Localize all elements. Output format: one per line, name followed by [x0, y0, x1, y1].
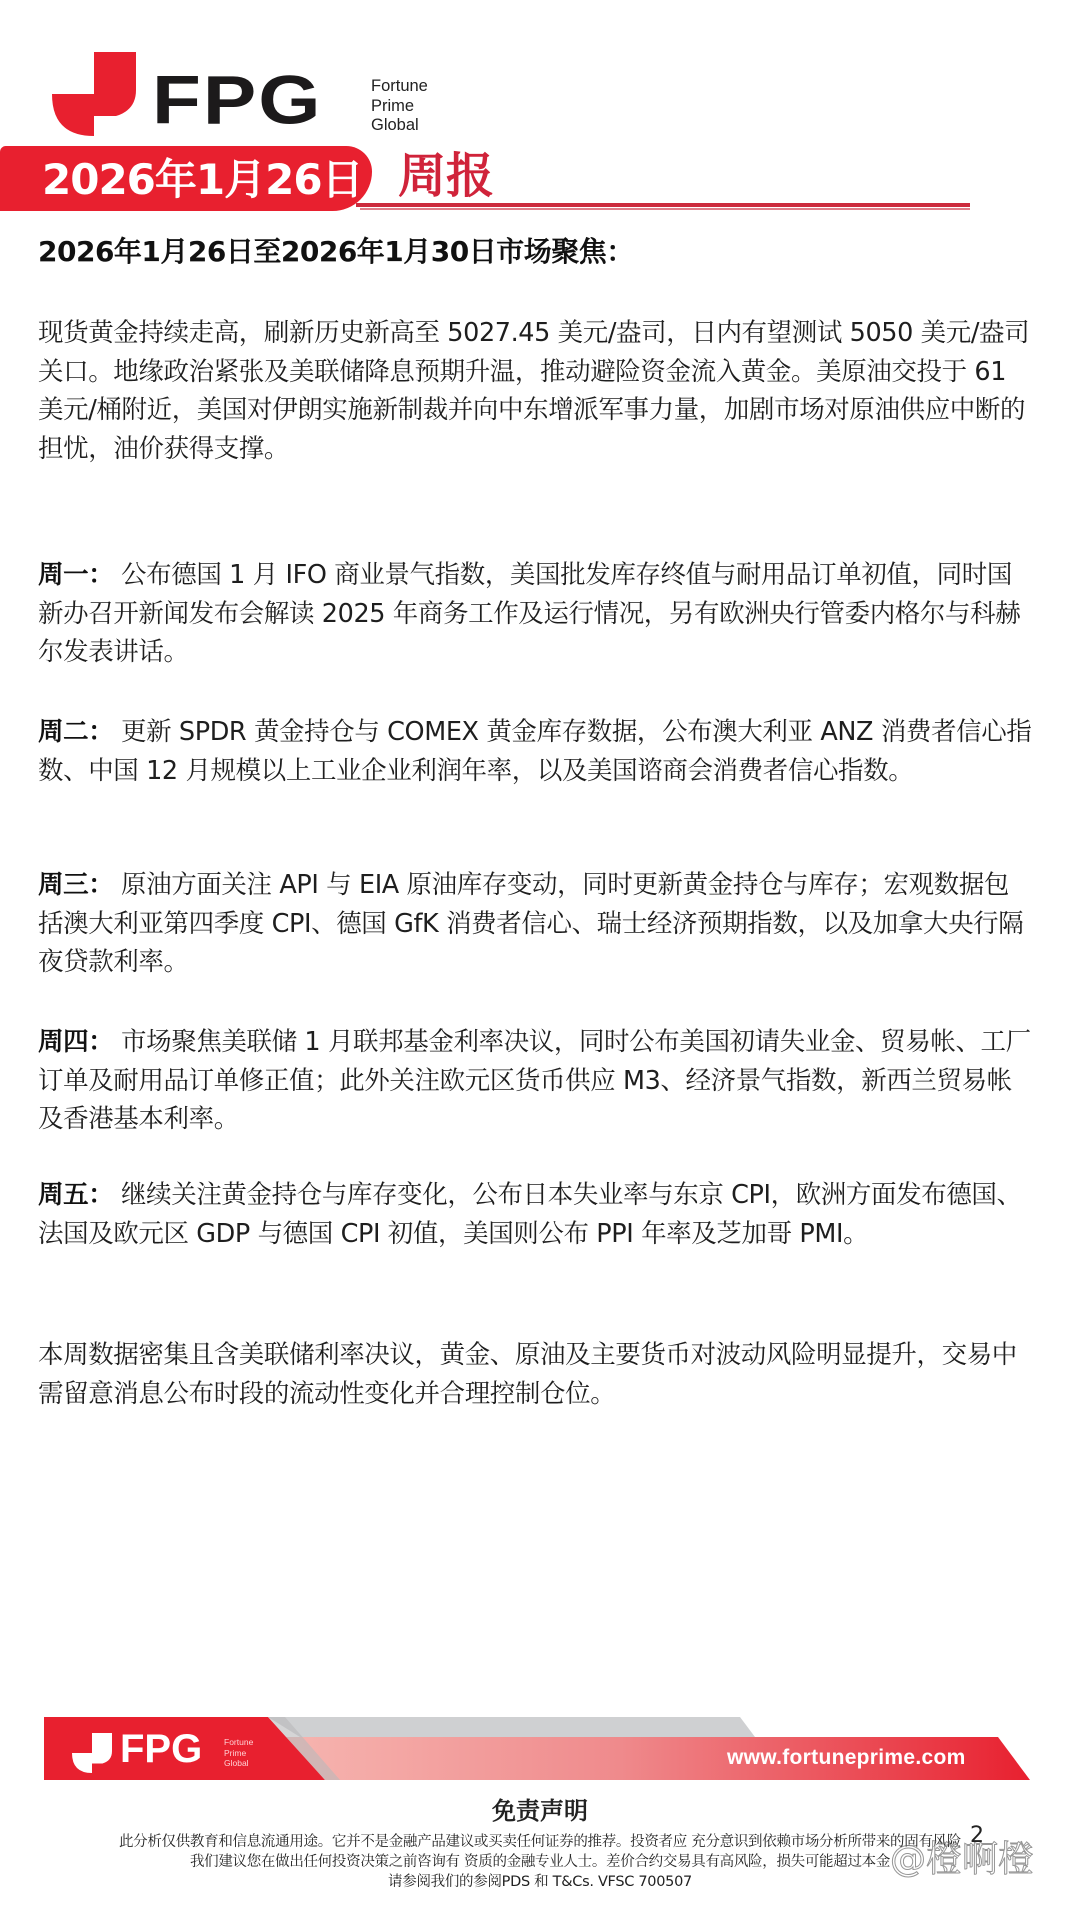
day-text: 继续关注黄金持仓与库存变化，公布日本失业率与东京 CPI，欧洲方面发布德国、法国… — [38, 1180, 1022, 1249]
day-paragraph-tuesday: 周二： 更新 SPDR 黄金持仓与 COMEX 黄金库存数据，公布澳大利亚 AN… — [38, 713, 1033, 790]
day-label: 周三： — [38, 870, 113, 900]
day-text: 原油方面关注 API 与 EIA 原油库存变动，同时更新黄金持仓与库存；宏观数据… — [38, 870, 1023, 977]
day-label: 周四： — [38, 1027, 113, 1057]
report-type-title: 周报 — [398, 146, 494, 206]
footer-brand-sub-line: Fortune — [224, 1737, 253, 1748]
watermark: @橙啊橙 — [890, 1838, 1034, 1882]
day-text: 更新 SPDR 黄金持仓与 COMEX 黄金库存数据，公布澳大利亚 ANZ 消费… — [38, 717, 1031, 786]
report-date: 2026年1月26日 — [42, 150, 363, 210]
footer-brand-sub-line: Prime — [224, 1748, 253, 1759]
brand-sub-line: Fortune — [371, 77, 428, 97]
header-divider — [356, 203, 970, 207]
day-paragraph-wednesday: 周三： 原油方面关注 API 与 EIA 原油库存变动，同时更新黄金持仓与库存；… — [38, 866, 1033, 982]
brand-sub-line: Prime — [371, 97, 428, 117]
brand-logo-text: FPG — [152, 66, 322, 135]
brand-subtitle: Fortune Prime Global — [371, 77, 428, 136]
footer-brand-subtitle: Fortune Prime Global — [224, 1737, 253, 1769]
website-link[interactable]: www.fortuneprime.com — [727, 1744, 966, 1772]
day-label: 周二： — [38, 717, 113, 747]
day-paragraph-monday: 周一： 公布德国 1 月 IFO 商业景气指数，美国批发库存终值与耐用品订单初值… — [38, 556, 1033, 672]
day-label: 周五： — [38, 1180, 113, 1210]
footer-fpg-logo-icon — [72, 1733, 112, 1773]
day-text: 市场聚焦美联储 1 月联邦基金利率决议，同时公布美国初请失业金、贸易帐、工厂订单… — [38, 1027, 1031, 1134]
day-paragraph-thursday: 周四： 市场聚焦美联储 1 月联邦基金利率决议，同时公布美国初请失业金、贸易帐、… — [38, 1023, 1033, 1139]
intro-paragraph: 现货黄金持续走高，刷新历史新高至 5027.45 美元/盎司，日内有望测试 50… — [38, 314, 1033, 468]
header-divider-thin — [360, 208, 970, 210]
day-paragraph-friday: 周五： 继续关注黄金持仓与库存变化，公布日本失业率与东京 CPI，欧洲方面发布德… — [38, 1176, 1033, 1253]
section-heading: 2026年1月26日至2026年1月30日市场聚焦： — [38, 232, 634, 272]
disclaimer-title: 免责声明 — [0, 1796, 1080, 1826]
footer-brand-text: FPG — [120, 1729, 202, 1769]
brand-sub-line: Global — [371, 116, 428, 136]
footer-brand-sub-line: Global — [224, 1758, 253, 1769]
fpg-logo-icon — [52, 52, 136, 136]
day-label: 周一： — [38, 560, 113, 590]
summary-paragraph: 本周数据密集且含美联储利率决议，黄金、原油及主要货币对波动风险明显提升，交易中需… — [38, 1336, 1033, 1413]
day-text: 公布德国 1 月 IFO 商业景气指数，美国批发库存终值与耐用品订单初值，同时国… — [38, 560, 1020, 667]
